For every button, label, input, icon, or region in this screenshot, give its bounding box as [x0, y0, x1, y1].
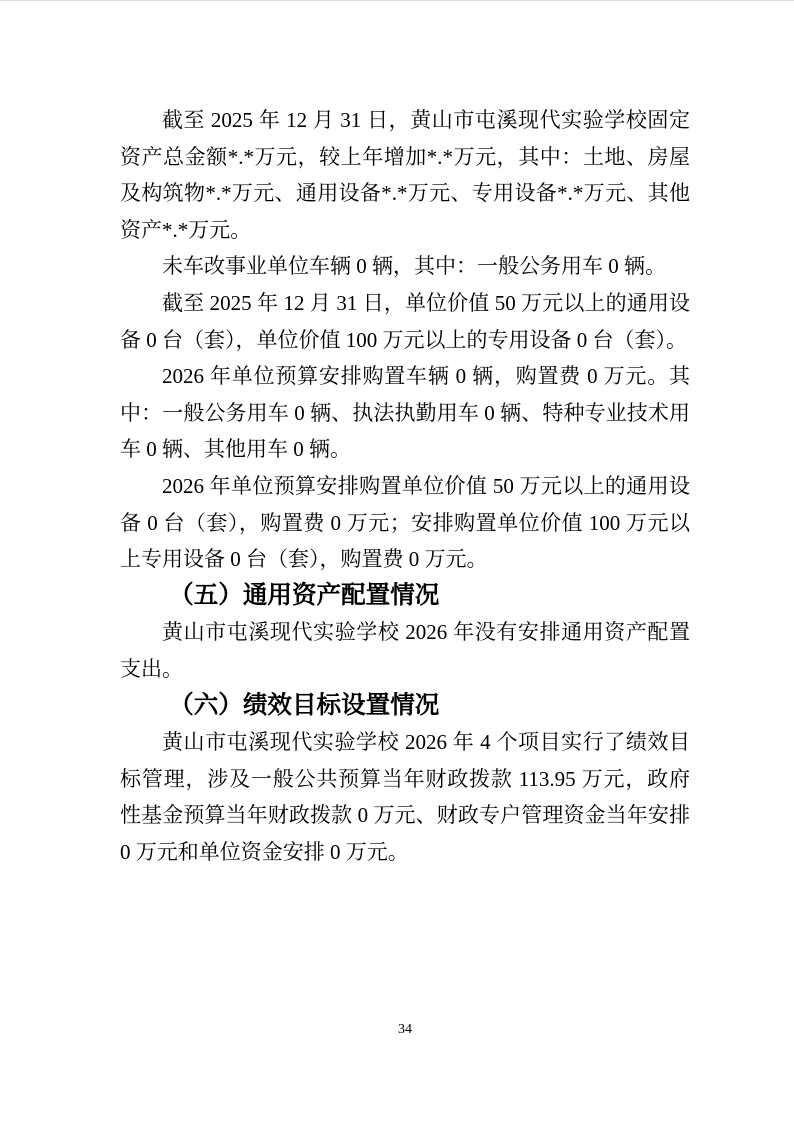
page-top-edge — [0, 0, 794, 1]
paragraph-2026-vehicle-purchase-plan: 2026 年单位预算安排购置车辆 0 辆，购置费 0 万元。其中：一般公务用车 … — [120, 358, 690, 468]
paragraph-equipment-over-threshold: 截至 2025 年 12 月 31 日，单位价值 50 万元以上的通用设备 0 … — [120, 285, 690, 358]
paragraph-general-asset-allocation: 黄山市屯溪现代实验学校 2026 年没有安排通用资产配置支出。 — [120, 614, 690, 687]
page-number: 34 — [398, 1022, 412, 1037]
paragraph-fixed-assets-summary: 截至 2025 年 12 月 31 日，黄山市屯溪现代实验学校固定资产总金额*.… — [120, 102, 690, 248]
document-body: 截至 2025 年 12 月 31 日，黄山市屯溪现代实验学校固定资产总金额*.… — [120, 102, 690, 870]
paragraph-vehicles-pre-reform: 未车改事业单位车辆 0 辆，其中：一般公务用车 0 辆。 — [120, 248, 690, 285]
page-footer: 34 — [120, 1021, 690, 1039]
paragraph-2026-equipment-purchase-plan: 2026 年单位预算安排购置单位价值 50 万元以上的通用设备 0 台（套），购… — [120, 468, 690, 578]
heading-section-6-performance-targets: （六）绩效目标设置情况 — [120, 688, 690, 725]
heading-section-5-general-asset-allocation: （五）通用资产配置情况 — [120, 578, 690, 615]
paragraph-performance-targets: 黄山市屯溪现代实验学校 2026 年 4 个项目实行了绩效目标管理，涉及一般公共… — [120, 724, 690, 870]
document-page: 截至 2025 年 12 月 31 日，黄山市屯溪现代实验学校固定资产总金额*.… — [0, 0, 794, 1122]
